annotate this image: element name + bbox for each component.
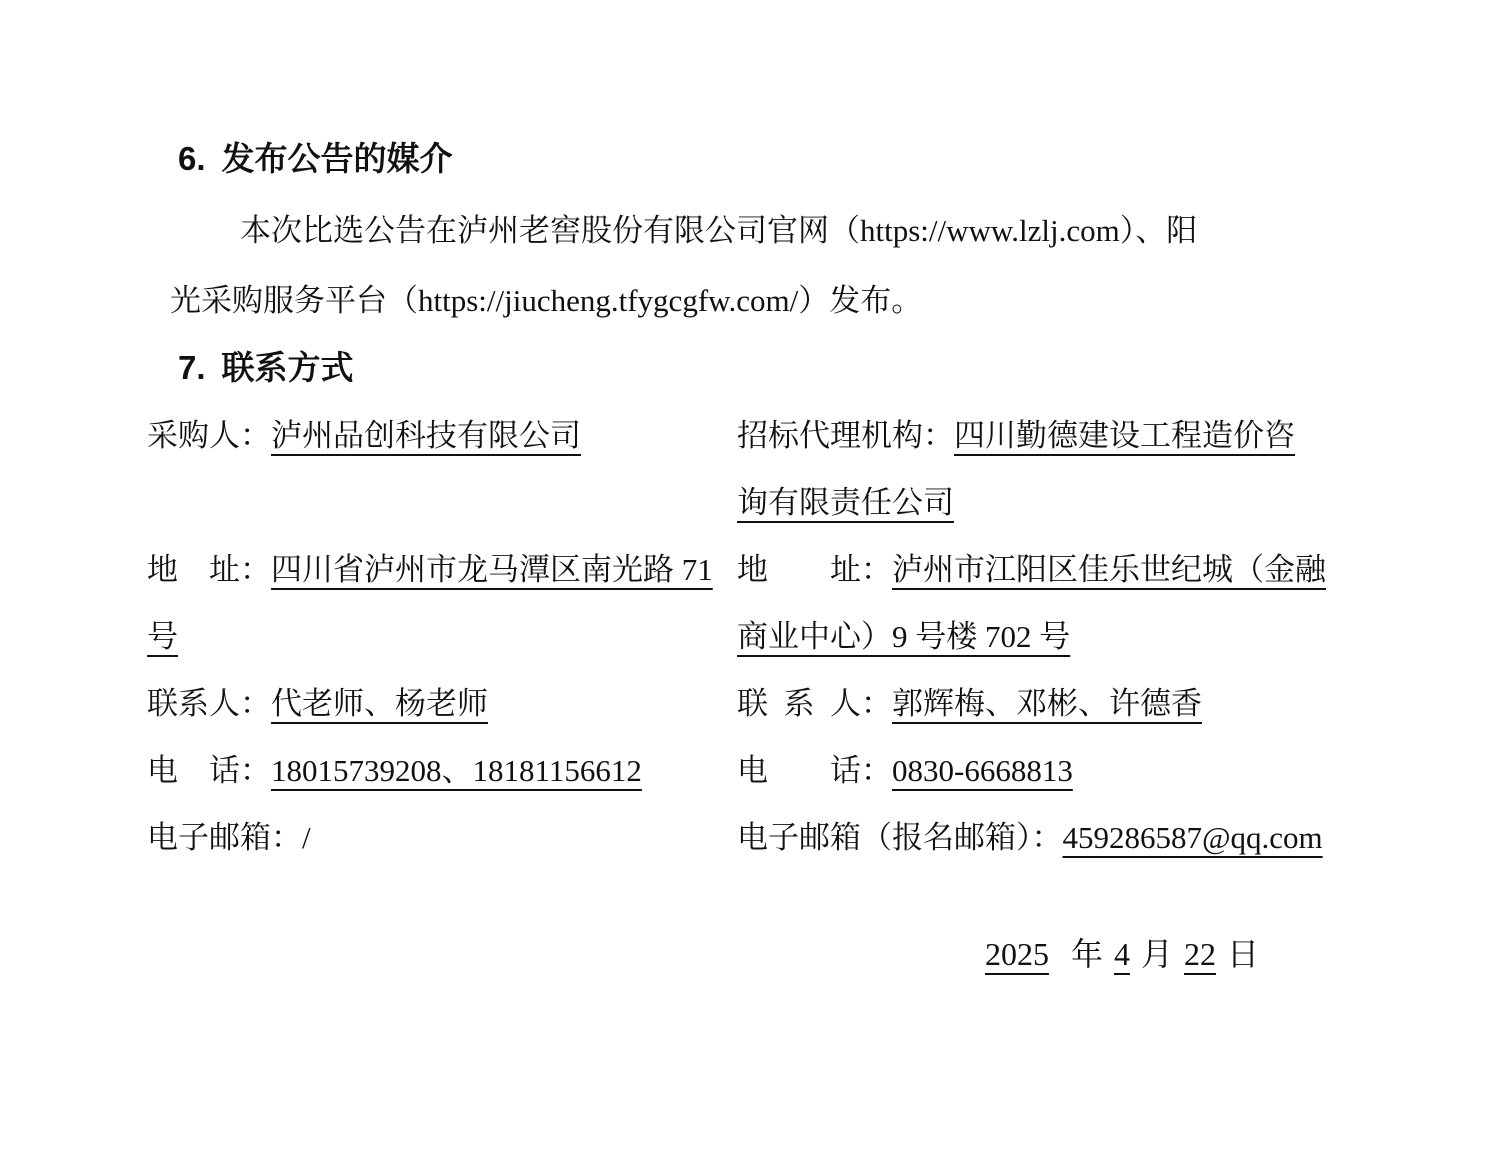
section-7-title: 联系方式 <box>222 349 354 386</box>
agency-field: 招标代理机构：四川勤德建设工程造价咨 询有限责任公司 <box>737 402 1320 536</box>
agency-contact-person-field: 联 系 人：郭辉梅、邓彬、许德香 <box>737 670 1320 737</box>
purchaser-address-field: 地 址：四川省泸州市龙马潭区南光路 71 号 <box>147 536 737 670</box>
agency-email-label: 电子邮箱（报名邮箱）： <box>737 820 1063 855</box>
announcement-media-paragraph: 本次比选公告在泸州老窖股份有限公司官网（https://www.lzlj.com… <box>170 196 1197 336</box>
purchaser-value: 泸州品创科技有限公司 <box>271 418 581 453</box>
agency-contact-person-value: 郭辉梅、邓彬、许德香 <box>892 686 1202 721</box>
purchaser-address-label: 地 址： <box>147 552 271 587</box>
date-month: 4 <box>1109 936 1135 972</box>
agency-address-field: 地 址：泸州市江阳区佳乐世纪城（金融 商业中心）9 号楼 702 号 <box>737 536 1320 670</box>
agency-address-line-1: 泸州市江阳区佳乐世纪城（金融 <box>892 552 1326 587</box>
paragraph-line-2: 光采购服务平台（https://jiucheng.tfygcgfw.com/）发… <box>170 266 1197 336</box>
purchaser-contact-person-field: 联系人：代老师、杨老师 <box>147 670 737 737</box>
agency-phone-label: 电 话： <box>737 753 892 788</box>
date-day-unit: 日 <box>1227 936 1259 972</box>
date-day: 22 <box>1179 936 1221 972</box>
document-page: 6.发布公告的媒介 本次比选公告在泸州老窖股份有限公司官网（https://ww… <box>0 0 1500 1158</box>
agency-address-line-2: 商业中心）9 号楼 702 号 <box>737 619 1070 654</box>
purchaser-contact-person-value: 代老师、杨老师 <box>271 686 488 721</box>
purchaser-address-line-1: 四川省泸州市龙马潭区南光路 71 <box>271 552 713 587</box>
agency-value-line-1: 四川勤德建设工程造价咨 <box>954 418 1295 453</box>
agency-value-line-2: 询有限责任公司 <box>737 485 954 520</box>
purchaser-phone-field: 电 话：18015739208、18181156612 <box>147 737 737 804</box>
purchaser-field: 采购人：泸州品创科技有限公司 <box>147 402 737 536</box>
agency-address-label: 地 址： <box>737 552 892 587</box>
section-7-number: 7. <box>178 349 206 386</box>
date-year-unit: 年 <box>1071 936 1103 972</box>
section-6-heading: 6.发布公告的媒介 <box>178 140 453 178</box>
date-year: 2025 <box>969 936 1065 972</box>
contact-table: 采购人：泸州品创科技有限公司 招标代理机构：四川勤德建设工程造价咨 询有限责任公… <box>147 402 1320 871</box>
date-month-unit: 月 <box>1141 936 1173 972</box>
section-7-heading: 7.联系方式 <box>178 349 354 387</box>
agency-contact-person-label: 联 系 人： <box>737 686 892 721</box>
purchaser-address-line-2: 号 <box>147 619 178 654</box>
agency-phone-value: 0830-6668813 <box>892 753 1073 788</box>
section-6-title: 发布公告的媒介 <box>222 140 453 177</box>
agency-email-value: 459286587@qq.com <box>1063 820 1323 855</box>
purchaser-email-field: 电子邮箱：/ <box>147 804 737 871</box>
paragraph-line-1: 本次比选公告在泸州老窖股份有限公司官网（https://www.lzlj.com… <box>170 196 1197 266</box>
agency-email-field: 电子邮箱（报名邮箱）：459286587@qq.com <box>737 804 1320 871</box>
purchaser-email-value: / <box>302 820 311 855</box>
section-6-number: 6. <box>178 140 206 177</box>
purchaser-email-label: 电子邮箱： <box>147 820 302 855</box>
purchaser-phone-label: 电 话： <box>147 753 271 788</box>
document-date: 2025年4月22日 <box>969 934 1265 976</box>
purchaser-contact-person-label: 联系人： <box>147 686 271 721</box>
purchaser-label: 采购人： <box>147 418 271 453</box>
agency-label: 招标代理机构： <box>737 418 954 453</box>
agency-phone-field: 电 话：0830-6668813 <box>737 737 1320 804</box>
purchaser-phone-value: 18015739208、18181156612 <box>271 753 642 788</box>
